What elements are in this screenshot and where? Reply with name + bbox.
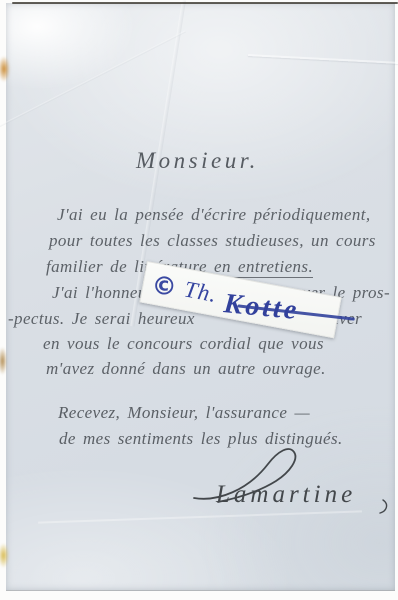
stamp-prefix: Th. <box>182 277 219 309</box>
body-line: en vous le concours cordial que vous <box>43 333 324 355</box>
body-line: m'avez donné dans un autre ouvrage. <box>46 358 326 380</box>
body-line: J'ai eu la pensée d'écrire périodiquemen… <box>57 204 371 226</box>
body-line-text: -pectus. Je serai heureux <box>8 308 195 330</box>
copyright-icon: © <box>151 273 177 299</box>
closing-line: Recevez, Monsieur, l'assurance — <box>58 402 310 424</box>
underlined-phrase: en entretiens. <box>214 257 313 278</box>
scanned-letter: Monsieur. J'ai eu la pensée d'écrire pér… <box>0 0 398 600</box>
signature-text: Lamartine <box>215 481 356 508</box>
body-line-text: J'ai eu la pensée d'écrire périodiquemen… <box>57 205 371 224</box>
body-line-text: en vous le concours cordial que vous <box>43 334 324 353</box>
signature-flourish: Lamartine <box>190 444 395 514</box>
signature-block: Lamartine <box>190 444 395 514</box>
top-edge-shadow <box>12 2 398 4</box>
body-line: pour toutes les classes studieuses, un c… <box>49 230 376 252</box>
salutation: Monsieur. <box>136 150 259 172</box>
body-line-text: pour toutes les classes studieuses, un c… <box>49 231 376 250</box>
body-line-text: m'avez donné dans un autre ouvrage. <box>46 359 326 378</box>
